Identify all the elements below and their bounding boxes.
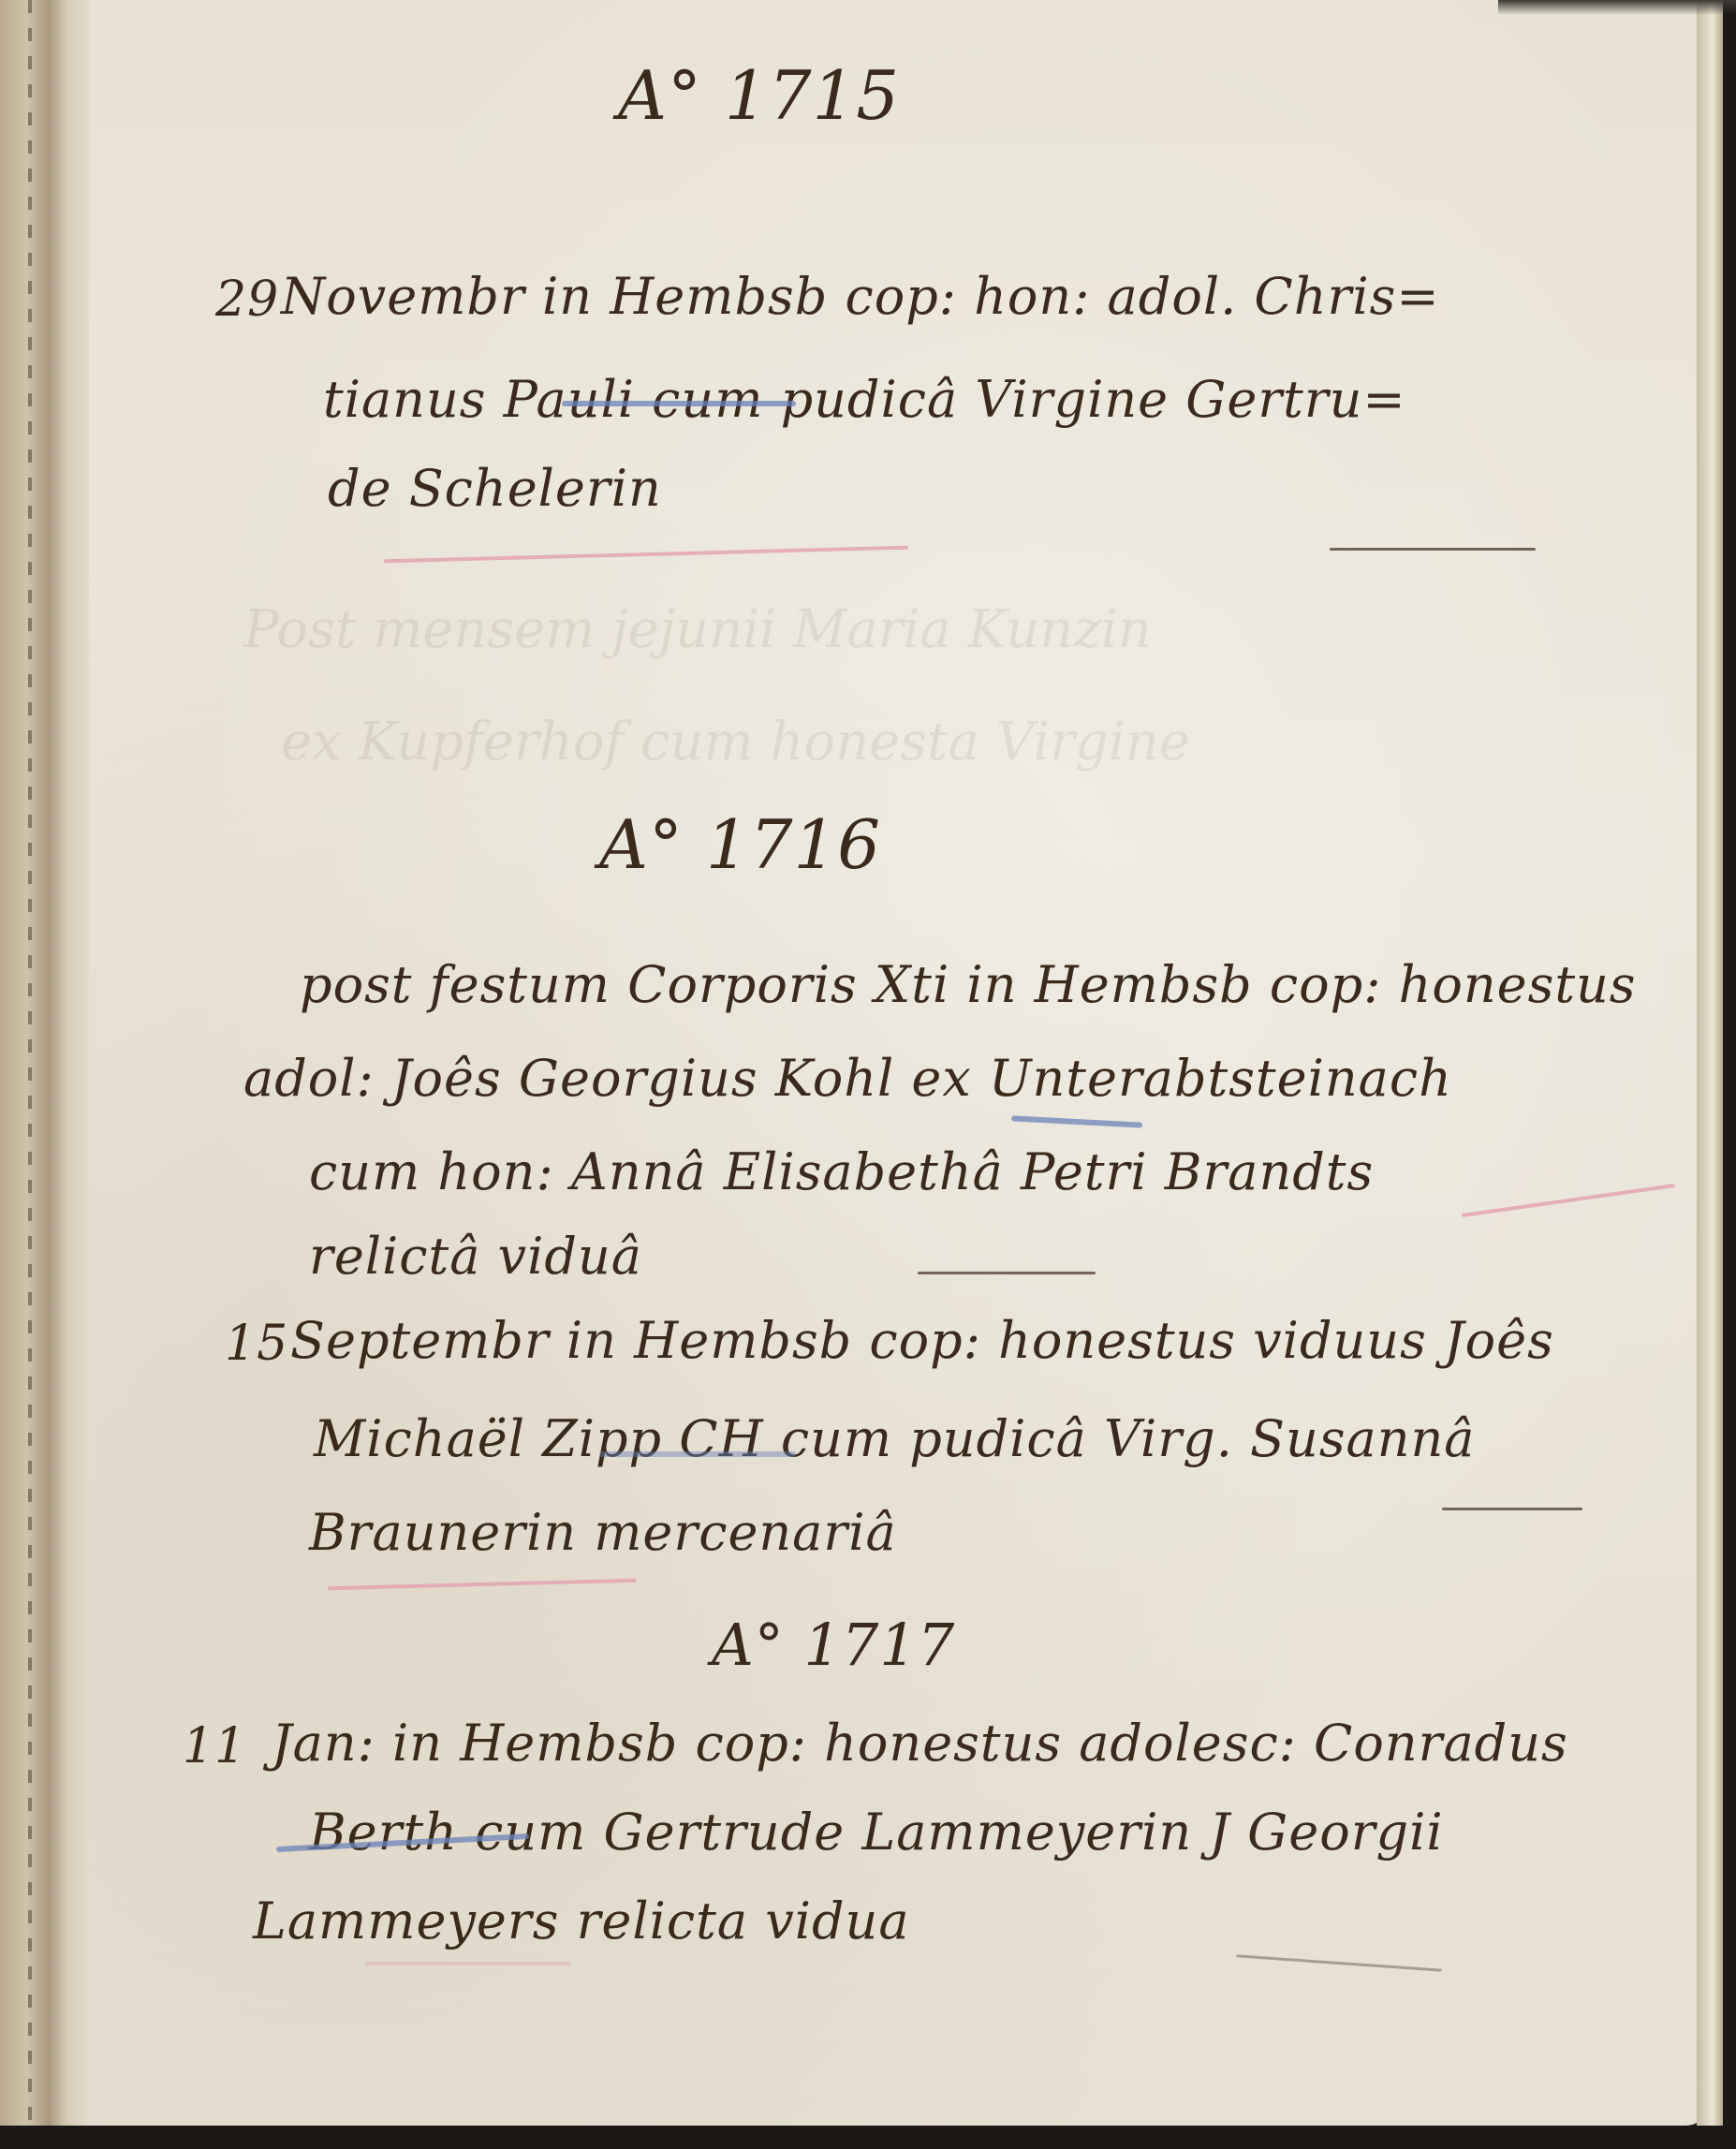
entry-line: post festum Corporis Xti in Hembsb cop: … xyxy=(300,955,1637,1014)
entry-line: Berth cum Gertrude Lammeyerin J Georgii xyxy=(309,1803,1444,1862)
entry-line: Michaël Zipp CH cum pudicâ Virg. Susannâ xyxy=(314,1409,1475,1468)
red-underline xyxy=(365,1962,571,1965)
entry-date-day: 11 xyxy=(183,1718,246,1774)
separator-stroke xyxy=(918,1272,1096,1274)
bleed-through-text: ex Kupferhof cum honesta Virgine xyxy=(281,712,1190,773)
entry-line: Novembr in Hembsb cop: hon: adol. Chris= xyxy=(281,267,1440,326)
entry-line: relictâ viduâ xyxy=(309,1227,642,1286)
entry-line: cum hon: Annâ Elisabethâ Petri Brandts xyxy=(309,1142,1374,1201)
entry-line: Braunerin mercenariâ xyxy=(309,1503,897,1562)
entry-date-day: 15 xyxy=(225,1316,288,1372)
entry-line: Lammeyers relicta vidua xyxy=(253,1891,910,1950)
red-underline xyxy=(1462,1184,1675,1217)
book-gutter xyxy=(0,0,89,2126)
year-heading-1717: A° 1717 xyxy=(712,1611,955,1679)
entry-line: adol: Joês Georgius Kohl ex Unterabtstei… xyxy=(243,1049,1452,1108)
page-shadow xyxy=(1498,0,1736,15)
blue-underline xyxy=(599,1451,796,1457)
entry-date-day: 29 xyxy=(215,272,279,328)
blue-underline xyxy=(562,401,796,406)
entry-line: Jan: in Hembsb cop: honestus adolesc: Co… xyxy=(272,1714,1568,1773)
manuscript-page: Post mensem jejunii Maria Kunzin ex Kupf… xyxy=(0,0,1723,2126)
year-heading-1715: A° 1715 xyxy=(618,56,900,135)
year-heading-1716: A° 1716 xyxy=(599,805,881,884)
bleed-through-text: Post mensem jejunii Maria Kunzin xyxy=(243,599,1152,660)
red-underline xyxy=(384,546,908,564)
separator-stroke xyxy=(1330,548,1536,551)
separator-stroke xyxy=(1442,1508,1582,1510)
blue-underline xyxy=(1011,1115,1142,1127)
entry-line: de Schelerin xyxy=(328,459,662,518)
entry-line: tianus Pauli cum pudicâ Virgine Gertru= xyxy=(323,370,1406,429)
entry-line: Septembr in Hembsb cop: honestus viduus … xyxy=(290,1311,1554,1370)
red-underline xyxy=(328,1579,637,1591)
separator-stroke xyxy=(1236,1954,1442,1971)
page-edge xyxy=(1697,0,1723,2126)
